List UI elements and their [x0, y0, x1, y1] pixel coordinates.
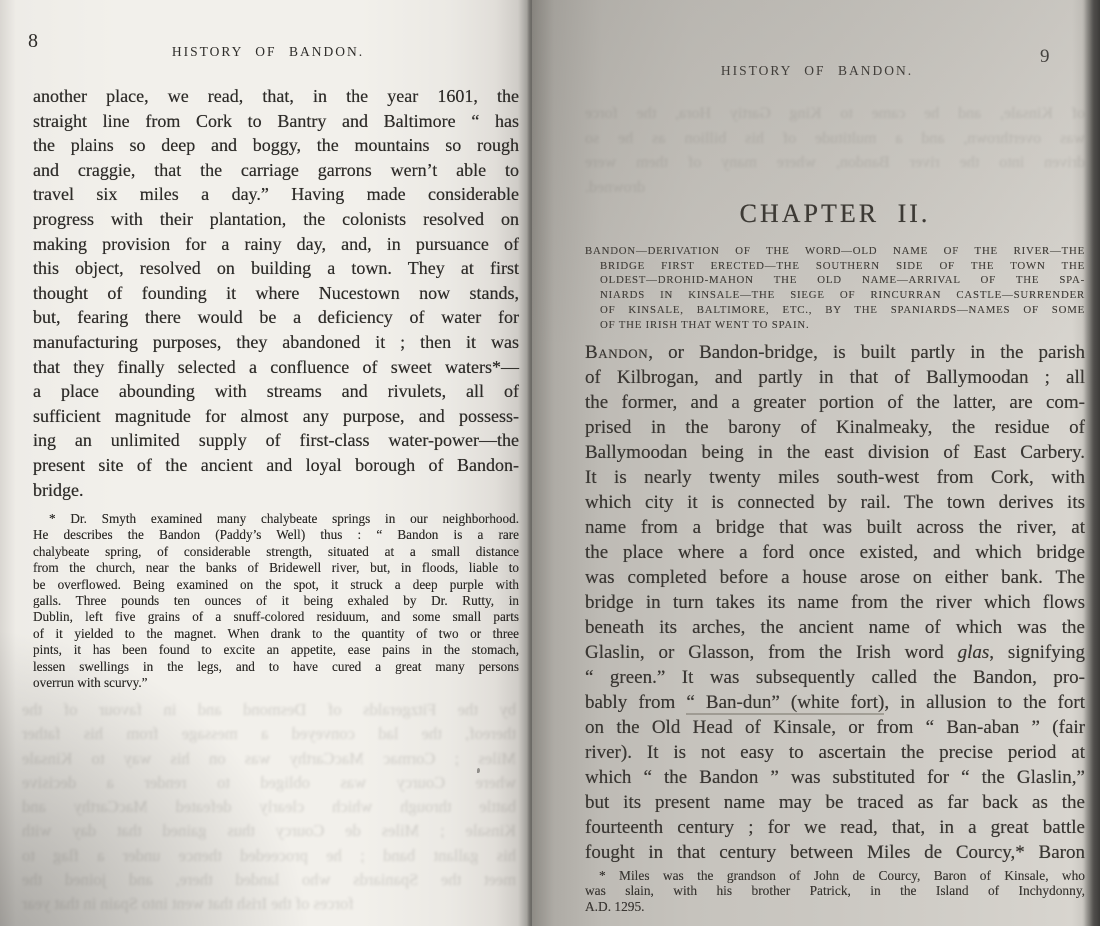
- right-footnote: * Miles was the grandson of John de Cour…: [585, 868, 1085, 914]
- left-page: 8 HISTORY OF BANDON. another place, we r…: [0, 0, 532, 926]
- right-page: HISTORY OF BANDON. 9 of Kinsale, and he …: [532, 0, 1100, 926]
- left-body-text: another place, we read, that, in the yea…: [33, 84, 519, 502]
- right-body-text: Bandon, or Bandon-bridge, is built partl…: [585, 340, 1085, 865]
- right-showthrough-text: of Kinsale, and he came to King Gartiy H…: [585, 102, 1085, 200]
- ink-speck: [477, 768, 480, 773]
- left-footnote: * Dr. Smyth examined many chalybeate spr…: [33, 511, 519, 691]
- right-running-header: HISTORY OF BANDON.: [552, 63, 1082, 79]
- scanned-book-spread: 8 HISTORY OF BANDON. another place, we r…: [0, 0, 1100, 926]
- chapter-summary: BANDON—DERIVATION OF THE WORD—OLD NAME O…: [585, 244, 1085, 332]
- chapter-title: CHAPTER II.: [585, 199, 1085, 229]
- left-showthrough-text: by the Fitzgeralds of Desmond and in fav…: [22, 698, 516, 917]
- right-page-number: 9: [1040, 46, 1050, 68]
- page-edge-shadow: [1082, 0, 1100, 926]
- left-running-header: HISTORY OF BANDON.: [33, 44, 503, 60]
